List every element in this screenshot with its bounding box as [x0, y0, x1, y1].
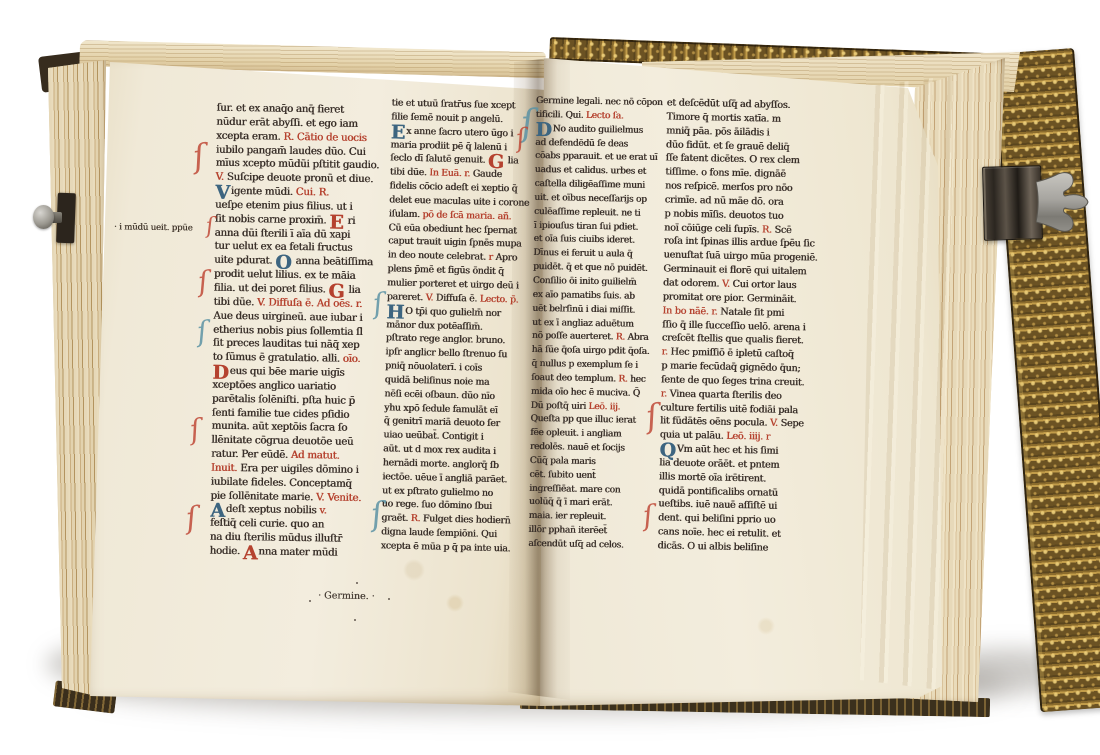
- clasp-tongue-icon: [1036, 170, 1096, 234]
- text-column-verso-2: tie et utuū ſratr̄us ſue xcept̄filie ſem…: [380, 97, 532, 560]
- text-column-recto-2: et deſcēdūt uſq̄ ad abyſſos.Timore q̄ mo…: [657, 97, 826, 561]
- gilt-binding-fore-edge: [992, 48, 1100, 712]
- text-column-recto-1: Germine legali. nec nō cōpontificili. Qu…: [528, 96, 663, 560]
- clasp-plate: [982, 165, 1043, 241]
- pen-flourish-icon: ſ: [205, 216, 215, 239]
- catchword: · Germine. ·: [318, 590, 408, 603]
- marginal-note: · i mūdū ueit. ppūe: [114, 222, 214, 233]
- clasp-catch-knob: [33, 205, 54, 229]
- manuscript-photo: ſur. et ex anaq̄o anq̄ fieretnūdur erāt …: [0, 0, 1100, 755]
- text-column-verso-1: ſur. et ex anaq̄o anq̄ fieretnūdur erāt …: [209, 103, 388, 566]
